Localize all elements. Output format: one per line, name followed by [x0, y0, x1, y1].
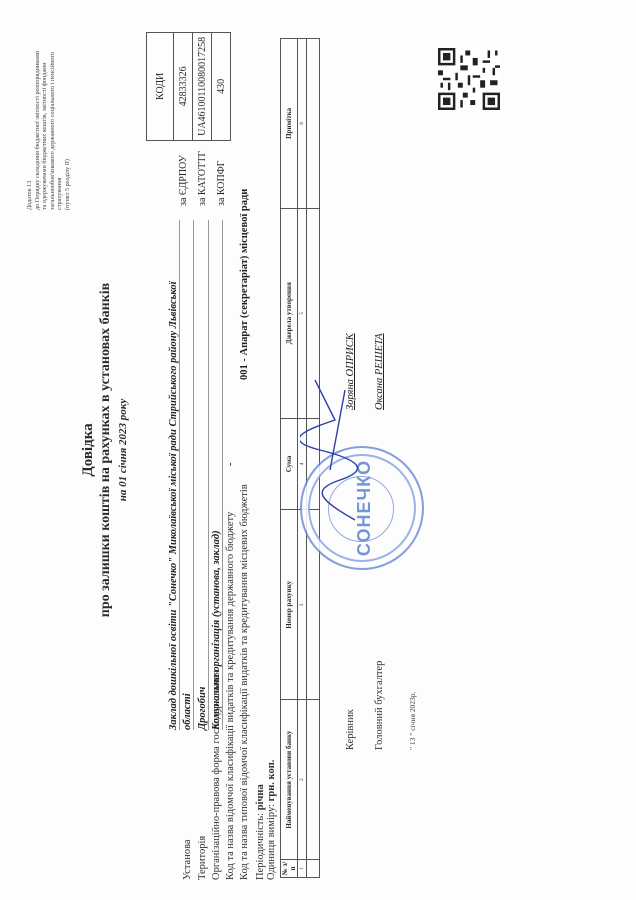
code-label-katottg: за КАТОТТГ	[193, 140, 212, 210]
dept-class-label: Код та назва відомчої класифікації видат…	[225, 512, 236, 880]
appendix-line: та одержувачами бюджетних коштів, звітно…	[41, 20, 49, 210]
head-role: Керівник	[345, 709, 356, 750]
territory-label: Територія	[197, 836, 208, 880]
accountant-role: Головний бухгалтер	[374, 661, 385, 750]
unit-value: грн. коп.	[266, 760, 277, 802]
signature-date: " 13 " січня 2023р.	[408, 692, 417, 750]
periodicity-value: річна	[255, 784, 266, 810]
typical-class-value: 001 - Апарат (секретаріат) місцевої ради	[239, 189, 250, 380]
code-value-edrpou: 42833326	[174, 32, 193, 140]
appendix-note: Додаток 13 до Порядку складання бюджетно…	[26, 20, 72, 210]
accountant-name: Оксана РЕШЕТА	[374, 333, 385, 410]
col-header-account: Номер рахунку	[281, 510, 298, 700]
codes-header: КОДИ	[147, 32, 174, 140]
institution-label: Установа	[182, 839, 193, 880]
document-subtitle: про залишки коштів на рахунках в установ…	[98, 0, 114, 900]
appendix-line: загальнообов'язкового державного соціаль…	[49, 20, 57, 210]
org-form-value: Комунальна організація (установа, заклад…	[211, 220, 223, 730]
unit-label: Одиниця виміру: грн. коп.	[266, 760, 277, 880]
territory-value: Дрогобич	[197, 220, 209, 730]
signature-scribble-icon	[300, 370, 370, 530]
periodicity-label: Періодичність: річна	[255, 784, 266, 880]
head-name: Зоряна ОПРИСК	[345, 333, 356, 410]
typical-class-label: Код та назва типової відомчої класифікац…	[239, 484, 250, 880]
qr-code-icon	[438, 48, 500, 110]
appendix-line: до Порядку складання бюджетної звітності…	[34, 20, 42, 210]
dept-class-value: -	[225, 463, 236, 467]
code-label-edrpou: за ЄДРПОУ	[174, 140, 193, 210]
table-header-row: № з/п Найменування установи банку Номер …	[281, 39, 298, 878]
codes-table: КОДИ за ЄДРПОУ 42833326 за КАТОТТГ UA461…	[146, 32, 231, 210]
document-title: Довідка	[80, 0, 97, 900]
appendix-line: страхування	[56, 20, 64, 210]
appendix-line: Додаток 13	[26, 20, 34, 210]
code-value-kopfg: 430	[212, 32, 231, 140]
appendix-line: (пункт 5 розділу II)	[64, 20, 72, 210]
col-header-note: Примітка	[281, 39, 298, 209]
institution-value: Заклад дошкільної освіти "Сонечко" Микол…	[168, 220, 180, 730]
code-value-katottg: UA46100110080017258	[193, 32, 212, 140]
institution-value-cont: області	[182, 220, 194, 730]
col-header-number: № з/п	[281, 860, 298, 878]
col-header-bank: Найменування установи банку	[281, 700, 298, 860]
document-page: Додаток 13 до Порядку складання бюджетно…	[0, 0, 636, 900]
code-label-kopfg: за КОПФГ	[212, 140, 231, 210]
report-date: на 01 січня 2023 року	[117, 0, 129, 900]
col-header-source: Джерела утворення	[281, 208, 298, 418]
col-header-amount: Сума	[281, 418, 298, 510]
